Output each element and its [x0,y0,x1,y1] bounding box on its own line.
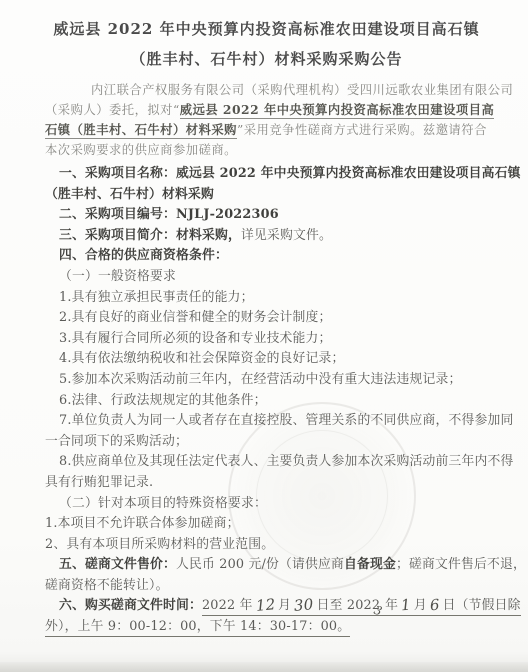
printed-text: 日（节假日除 [443,598,521,613]
handwritten-year-correction: 3 [373,604,384,618]
intro-line-2: （采购人）委托，拟对“威远县 2022 年中央预算内投资高标准农田建设项目高 [45,100,488,120]
price-text: ；磋商文件售后不退， [396,557,526,572]
cash-bold-text: 自备现金 [344,557,396,572]
special-requirement-item: 1.本项目不允许联合体参加磋商； [45,514,488,535]
requirement-item-7-continuation: 一合同项下的采购活动； [45,432,488,453]
title-line-1: 威远县 2022 年中央预算内投资高标准农田建设项目高石镇 [45,14,488,44]
document-content: 威远县 2022 年中央预算内投资高标准农田建设项目高石镇 （胜丰村、石牛村）材… [45,14,488,638]
section-3-rest: 详见采购文件。 [241,228,332,243]
page-title: 威远县 2022 年中央预算内投资高标准农田建设项目高石镇 （胜丰村、石牛村）材… [45,14,488,74]
section-4-heading: 四、合格的供应商资格条件： [45,246,488,267]
printed-text: 日至 2022 [317,598,381,613]
requirement-item: 5.参加本次采购活动前三年内，在经营活动中没有重大违法违规记录； [45,370,488,391]
document-page: 威远县 2022 年中央预算内投资高标准农田建设项目高石镇 （胜丰村、石牛村）材… [0,0,528,672]
project-name-underlined: 石镇（胜丰村、石牛村）材料采购 [45,122,237,139]
requirement-item: 2.具有良好的商业信誉和健全的财务会计制度； [45,308,488,329]
printed-text: 月 [414,598,427,613]
requirement-item: 8.供应商单位及其现任法定代表人、主要负责人参加本次采购活动前三年内不得 [45,452,488,473]
handwritten-day: 30 [293,598,314,615]
title-line-2: （胜丰村、石牛村）材料采购采购公告 [45,44,488,74]
general-requirements-heading: （一）一般资格要求 [45,267,488,288]
section-5-price: 五、磋商文件售价：人民币 200 元/份（请供应商自备现金；磋商文件售后不退， [45,555,488,576]
handwritten-day: 6 [429,598,440,614]
section-5-label: 五、磋商文件售价： [59,557,176,572]
printed-text: 年 [385,598,398,613]
section-3-label: 三、采购项目简介：材料采购， [59,228,241,243]
requirement-item: 4.具有依法缴纳税收和社会保障资金的良好记录； [45,349,488,370]
special-requirement-item: 2、具有本项目所采购材料的营业范围。 [45,535,488,556]
intro-line-3: 石镇（胜丰村、石牛村）材料采购”采用竞争性磋商方式进行采购。兹邀请符合 [45,120,488,140]
intro-line-4: 本次采购要求的供应商参加磋商。 [45,140,488,160]
requirement-item: 6.法律、行政法规规定的其他条件； [45,391,488,412]
purchase-time-underlined: 外），上午 9：00-12：00，下午 14：30-17：00。 [45,619,350,637]
requirement-item: 3.具有履行合同所必须的设备和专业技术能力； [45,329,488,350]
handwritten-month: 12 [255,598,276,615]
special-requirements-heading: （二）针对本项目的特殊资格要求： [45,494,488,515]
intro-paragraph: 内江联合产权服务有限公司（采购代理机构）受四川远歌农业集团有限公司 （采购人）委… [45,80,488,160]
intro-text: （采购人）委托，拟对“ [45,103,180,117]
section-1-name-line-2: （胜丰村、石牛村）材料采购 [45,185,488,206]
page-bottom-edge [0,662,528,672]
price-text: 人民币 200 元/份（请供应商 [176,557,344,572]
section-6-label: 六、购买磋商文件时间： [59,598,202,613]
section-2-project-number: 二、采购项目编号：NJLJ-2022306 [45,205,488,226]
requirement-item: 7.单位负责人为同一人或者存在直接控股、管理关系的不同供应商，不得参加同 [45,411,488,432]
section-1-name-line-1: 一、采购项目名称：威远县 2022 年中央预算内投资高标准农田建设项目高石镇 [45,164,488,185]
requirement-item: 1.具有独立承担民事责任的能力； [45,288,488,309]
intro-text: ”采用竞争性磋商方式进行采购。兹邀请符合 [237,123,487,137]
section-6-line-2: 外），上午 9：00-12：00，下午 14：30-17：00。 [45,617,488,638]
purchase-time-underlined: 2022 年12月30日至 20223年1月6日（节假日除 [202,598,521,616]
section-6-time: 六、购买磋商文件时间：2022 年12月30日至 20223年1月6日（节假日除 [45,596,488,617]
section-3-summary: 三、采购项目简介：材料采购，详见采购文件。 [45,226,488,247]
printed-text: 月 [278,598,291,613]
printed-year: 2022 年 [202,598,253,613]
section-5-line-2: 磋商资格不能转让）。 [45,576,488,597]
document-body: 一、采购项目名称：威远县 2022 年中央预算内投资高标准农田建设项目高石镇 （… [45,164,488,638]
handwritten-month: 1 [400,598,411,614]
project-name-underlined: 威远县 2022 年中央预算内投资高标准农田建设项目高 [180,102,495,119]
requirement-item-8-continuation: 具有行贿犯罪记录. [45,473,488,494]
intro-line-1: 内江联合产权服务有限公司（采购代理机构）受四川远歌农业集团有限公司 [45,80,488,100]
